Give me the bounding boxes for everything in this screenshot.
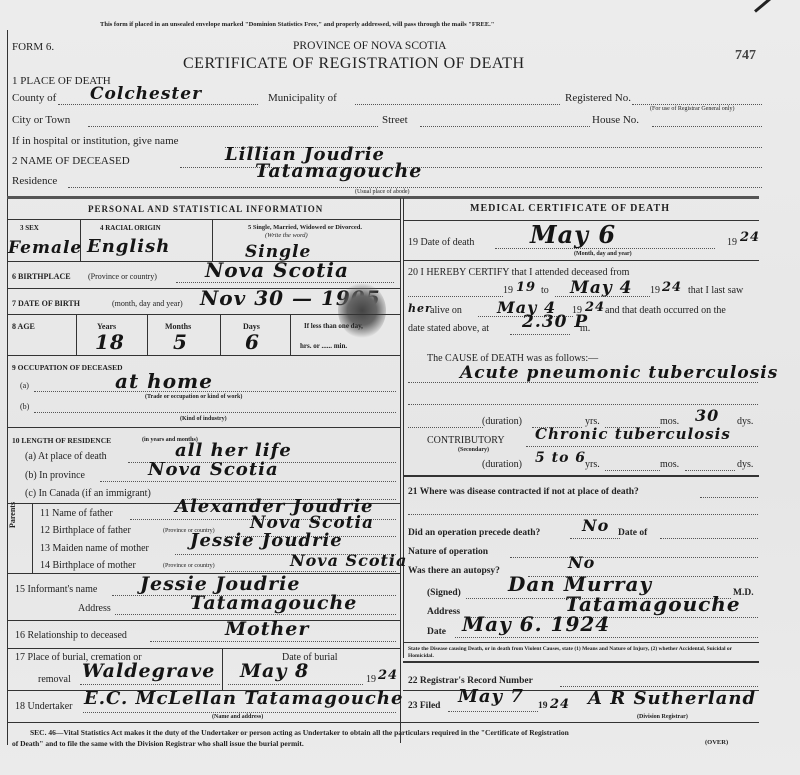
sex-value: Female	[8, 238, 82, 258]
footer-over: (OVER)	[705, 739, 728, 746]
registrar-note: (Division Registrar)	[637, 714, 688, 720]
contributory-yrs-label: yrs.	[585, 459, 600, 470]
age-label: 8 AGE	[12, 322, 35, 331]
parents-side-label: Parents	[8, 502, 17, 528]
street-label: Street	[382, 114, 408, 126]
sex-label: 3 SEX	[20, 224, 39, 232]
to-year-value: 24	[662, 280, 682, 295]
mother-birthplace-label: 14 Birthplace of mother	[40, 560, 136, 571]
racial-value: English	[87, 236, 170, 257]
county-label: County of	[12, 92, 56, 104]
registered-no-label: Registered No.	[565, 92, 631, 104]
registrar-signature: A R Sutherland	[588, 688, 756, 709]
cause-duration-days: 30	[695, 406, 719, 425]
death-certificate: This form if placed in an unsealed envel…	[0, 0, 800, 775]
occ-a-value: at home	[115, 369, 213, 393]
county-value: Colchester	[90, 84, 202, 104]
province-heading: PROVINCE OF NOVA SCOTIA	[293, 40, 446, 52]
res-c-label: (c) In Canada (if an immigrant)	[25, 488, 151, 499]
deceased-name-label: 2 NAME OF DECEASED	[12, 155, 130, 167]
occ-a-note: (Trade or occupation or kind of work)	[145, 394, 242, 400]
hrs-min-label: hrs. or ...... min.	[300, 342, 347, 350]
contributory-dys-label: dys.	[737, 459, 753, 470]
last-saw-label: that I last saw	[688, 285, 743, 296]
date-value: May 6. 1924	[462, 612, 610, 636]
city-label: City or Town	[12, 114, 70, 126]
medical-section-title: MEDICAL CERTIFICATE OF DEATH	[470, 203, 670, 214]
contributory-label: CONTRIBUTORY	[427, 435, 505, 446]
death-year-value: 24	[740, 230, 760, 245]
footer-sec-line-2: of Death" and to file the same with the …	[12, 739, 304, 748]
operation-value: No	[582, 516, 609, 535]
date-of-label: Date of	[618, 528, 647, 538]
date-stated-label: date stated above, at	[408, 323, 489, 334]
occupation-label: 9 OCCUPATION OF DECEASED	[12, 363, 123, 372]
cause-dys-label: dys.	[737, 416, 753, 427]
left-border	[7, 30, 8, 745]
contributory-note: (Secondary)	[458, 447, 489, 453]
filed-year-value: 24	[550, 697, 570, 712]
mother-birthplace-note: (Province or country)	[163, 563, 215, 569]
undertaker-label: 18 Undertaker	[15, 701, 72, 712]
disease-note: State the Disease causing Death, or in d…	[408, 646, 758, 660]
contributory-duration-yrs: 5 to 6	[535, 450, 586, 466]
residence-label: Residence	[12, 175, 57, 187]
dob-note: (month, day and year)	[112, 299, 183, 308]
certify-label: 20 I HEREBY CERTIFY that I attended dece…	[408, 267, 629, 278]
marital-note: (Write the word)	[265, 232, 308, 239]
occ-b-note: (Kind of industry)	[180, 416, 227, 422]
form-number: FORM 6.	[12, 41, 54, 53]
marital-label: 5 Single, Married, Widowed or Divorced.	[248, 224, 362, 231]
burial-place-value: Waldegrave	[82, 660, 215, 682]
filed-value: May 7	[458, 686, 524, 707]
birthplace-label: 6 BIRTHPLACE	[12, 272, 71, 281]
column-divider-2	[400, 198, 401, 743]
filed-label: 23 Filed	[408, 701, 440, 711]
years-value: 18	[95, 330, 125, 354]
occ-a-label: (a)	[20, 381, 29, 390]
birthplace-note: (Province or country)	[88, 272, 157, 281]
contributory-mos-label: mos.	[660, 459, 679, 470]
burial-date-value: May 8	[240, 660, 309, 682]
mail-notice: This form if placed in an unsealed envel…	[100, 21, 494, 28]
res-a-value: all her life	[175, 440, 292, 461]
check-mark	[754, 0, 780, 13]
burial-year-prefix: 19	[366, 674, 376, 685]
occurred-label: and that death occurred on the	[605, 305, 726, 316]
residence-length-label: 10 LENGTH OF RESIDENCE	[12, 436, 111, 445]
operation-label: Did an operation precede death?	[408, 528, 540, 538]
months-value: 5	[173, 330, 188, 354]
informant-label: 15 Informant's name	[15, 584, 97, 595]
mother-name-value: Jessie Joudrie	[190, 530, 343, 551]
informant-address-value: Tatamagouche	[190, 592, 357, 614]
birthplace-value: Nova Scotia	[205, 258, 349, 282]
time-value: 2.30 P	[522, 312, 588, 332]
to-value: May 4	[570, 278, 632, 298]
cause-duration-label: (duration)	[482, 416, 522, 427]
residence-note: (Usual place of abode)	[355, 189, 409, 195]
contributory-duration-label: (duration)	[482, 459, 522, 470]
to-year-prefix: 19	[650, 285, 660, 296]
alive-label: alive on	[430, 305, 462, 316]
house-no-label: House No.	[592, 114, 639, 126]
informant-address-label: Address	[78, 603, 111, 614]
mother-name-label: 13 Maiden name of mother	[40, 543, 149, 554]
burial-year-value: 24	[378, 668, 398, 683]
dob-label: 7 DATE OF BIRTH	[12, 299, 80, 308]
death-date-label: 19 Date of death	[408, 237, 474, 248]
municipality-label: Municipality of	[268, 92, 337, 104]
death-date-note: (Month, day and year)	[574, 251, 632, 257]
registered-no-note: (For use of Registrar General only)	[650, 106, 734, 112]
record-number-label: 22 Registrar's Record Number	[408, 676, 533, 686]
racial-label: 4 RACIAL ORIGIN	[100, 224, 161, 232]
page-title: CERTIFICATE OF REGISTRATION OF DEATH	[183, 55, 525, 73]
from-value: 19	[516, 280, 536, 295]
cause-value: Acute pneumonic tuberculosis	[460, 363, 778, 383]
alive-pronoun: her	[408, 302, 432, 315]
less-than-day-label: If less than one day,	[304, 322, 363, 330]
autopsy-label: Was there an autopsy?	[408, 566, 500, 576]
mother-birthplace-value: Nova Scotia	[290, 551, 407, 570]
from-prefix: 19	[503, 285, 513, 296]
days-value: 6	[245, 330, 260, 354]
time-suffix: m.	[580, 323, 590, 334]
date-label: Date	[427, 627, 446, 637]
signed-label: (Signed)	[427, 588, 461, 598]
father-birthplace-label: 12 Birthplace of father	[40, 525, 131, 536]
relationship-label: 16 Relationship to deceased	[15, 630, 127, 641]
to-label: to	[541, 285, 549, 296]
relationship-value: Mother	[225, 618, 309, 640]
death-year-prefix: 19	[727, 237, 737, 248]
death-date-value: May 6	[530, 220, 616, 249]
res-b-label: (b) In province	[25, 470, 85, 481]
stamp-number: 747	[735, 48, 756, 64]
residence-value: Tatamagouche	[255, 160, 422, 182]
address-label: Address	[427, 607, 460, 617]
father-name-label: 11 Name of father	[40, 508, 113, 519]
undertaker-value: E.C. McLellan Tatamagouche	[84, 688, 403, 709]
filed-year-prefix: 19	[538, 701, 548, 711]
res-b-value: Nova Scotia	[148, 459, 279, 480]
res-a-label: (a) At place of death	[25, 451, 107, 462]
occ-b-label: (b)	[20, 402, 29, 411]
column-divider	[403, 198, 404, 658]
removal-label: removal	[38, 674, 71, 685]
section-divider	[7, 196, 759, 199]
hospital-label: If in hospital or institution, give name	[12, 135, 179, 147]
footer-sec-line-1: SEC. 46—Vital Statistics Act makes it th…	[30, 728, 569, 737]
personal-section-title: PERSONAL AND STATISTICAL INFORMATION	[88, 204, 323, 214]
nature-label: Nature of operation	[408, 547, 488, 557]
contributory-value: Chronic tuberculosis	[535, 425, 731, 443]
contracted-label: 21 Where was disease contracted if not a…	[408, 487, 639, 497]
autopsy-value: No	[568, 553, 595, 572]
undertaker-note: (Name and address)	[212, 714, 263, 720]
